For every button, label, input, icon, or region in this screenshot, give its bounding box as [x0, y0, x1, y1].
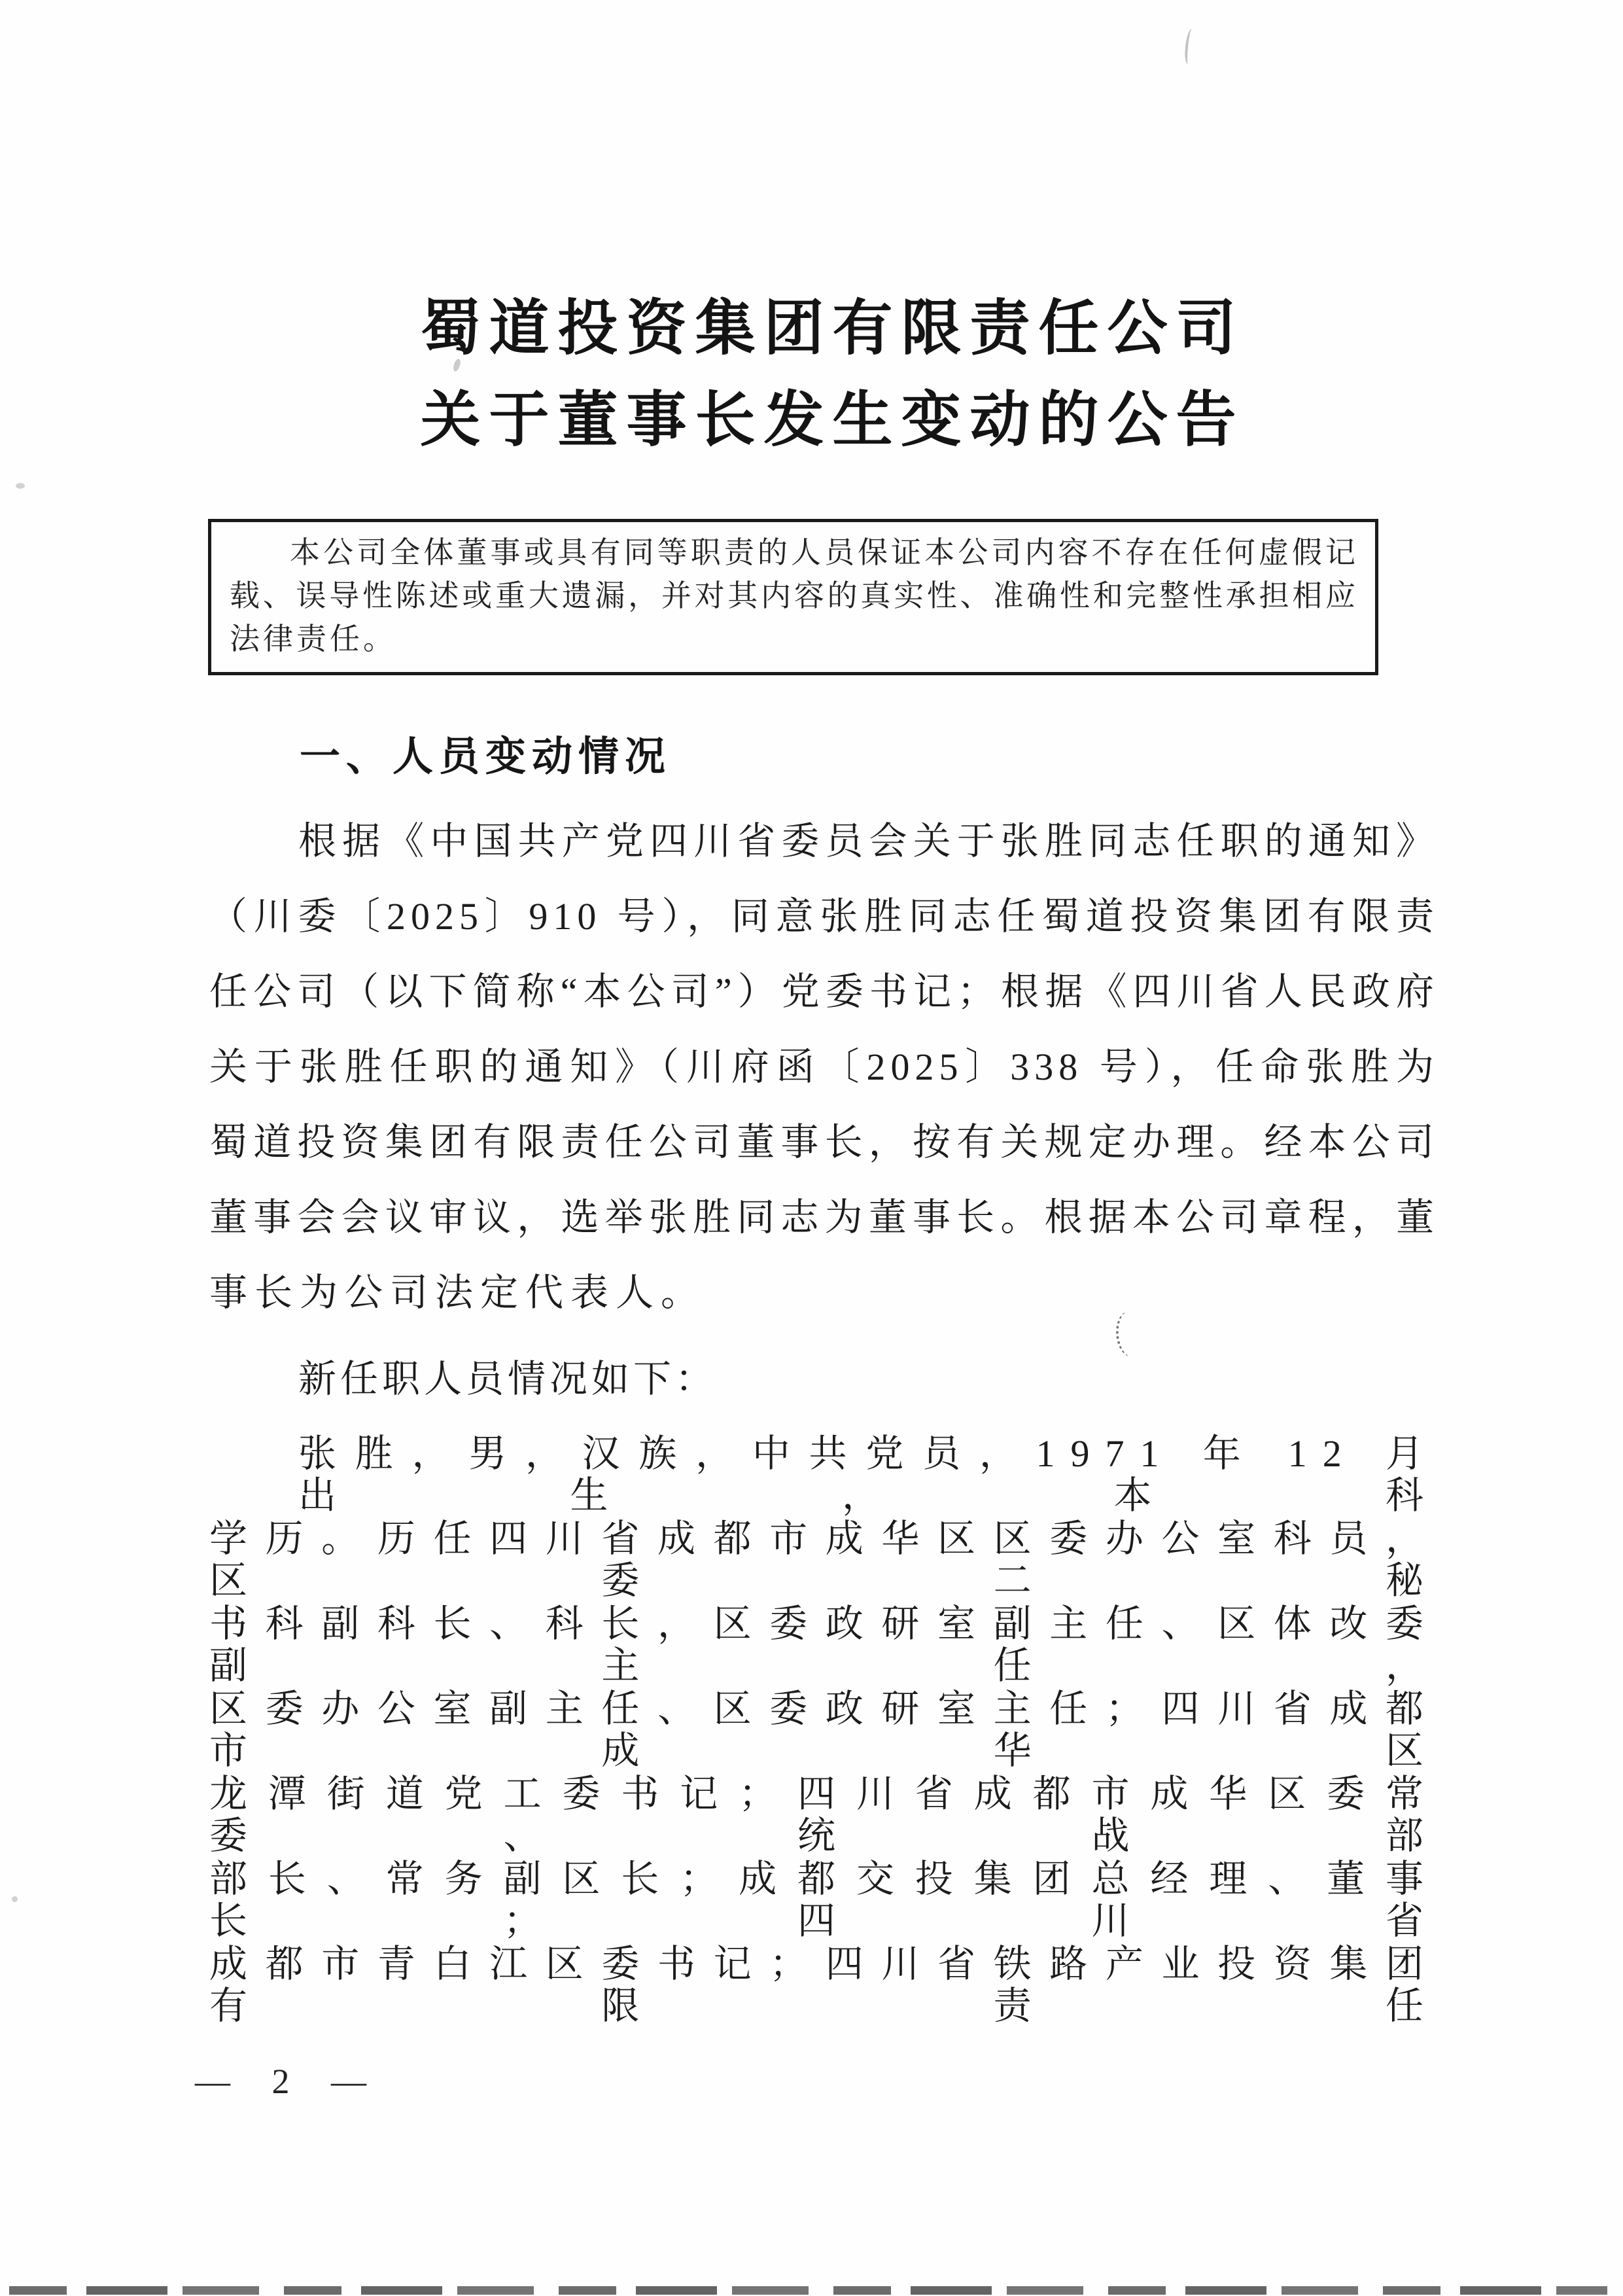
scan-artifact-top-tick — [1184, 29, 1196, 65]
disclaimer-line: 本公司全体董事或具有同等职责的人员保证本公司内容不存在任何虚假记 — [230, 531, 1358, 574]
section-heading: 一、人员变动情况 — [300, 734, 671, 779]
body-line: 事长为公司法定代表人。 — [209, 1272, 1439, 1324]
page-number: — 2 — — [195, 2061, 379, 2102]
body-line: 学历。历任四川省成都市成华区区委办公室科员，区委二秘 — [209, 1518, 1439, 1570]
document-title-line-1: 蜀道投资集团有限责任公司 — [21, 296, 1623, 361]
body-line: 根据《中国共产党四川省委员会关于张胜同志任职的通知》 — [209, 821, 1439, 873]
body-line: 新任职人员情况如下： — [209, 1358, 1439, 1411]
scan-artifact-bottom-noise — [9, 2286, 1607, 2295]
body-line: 蜀道投资集团有限责任公司董事长，按有关规定办理。经本公司 — [209, 1122, 1439, 1174]
body-line: 龙潭街道党工委书记；四川省成都市成华区委常委、统战部 — [209, 1773, 1439, 1826]
disclaimer-line: 法律责任。 — [230, 618, 1358, 661]
body-line: 关于张胜任职的通知》（川府函〔2025〕338 号），任命张胜为 — [209, 1046, 1439, 1099]
body-line: 区委办公室副主任、区委政研室主任；四川省成都市成华区 — [209, 1688, 1439, 1740]
scan-artifact-speck — [12, 1896, 18, 1902]
body-line: （川委〔2025〕910 号），同意张胜同志任蜀道投资集团有限责 — [209, 896, 1439, 948]
body-line: 成都市青白江区委书记；四川省铁路产业投资集团有限责任 — [209, 1943, 1439, 1996]
body-line: 书科副科长、科长，区委政研室副主任、区体改委副主任， — [209, 1603, 1439, 1655]
document-title-line-2: 关于董事长发生变动的公告 — [21, 387, 1623, 453]
body-line: 张胜，男，汉族，中共党员，1971 年 12 月出生，本科 — [209, 1433, 1439, 1485]
body-line: 任公司（以下简称“本公司”）党委书记；根据《四川省人民政府 — [209, 971, 1439, 1023]
scan-artifact-speck — [16, 483, 25, 489]
body-line: 部长、常务副区长；成都交投集团总经理、董事长；四川省 — [209, 1858, 1439, 1911]
disclaimer-line: 载、误导性陈述或重大遗漏，并对其内容的真实性、准确性和完整性承担相应 — [230, 574, 1358, 618]
scanned-document-page: 蜀道投资集团有限责任公司 关于董事长发生变动的公告 本公司全体董事或具有同等职责… — [0, 0, 1623, 2296]
disclaimer-box: 本公司全体董事或具有同等职责的人员保证本公司内容不存在任何虚假记 载、误导性陈述… — [208, 519, 1378, 675]
body-line: 董事会会议审议，选举张胜同志为董事长。根据本公司章程，董 — [209, 1197, 1439, 1249]
